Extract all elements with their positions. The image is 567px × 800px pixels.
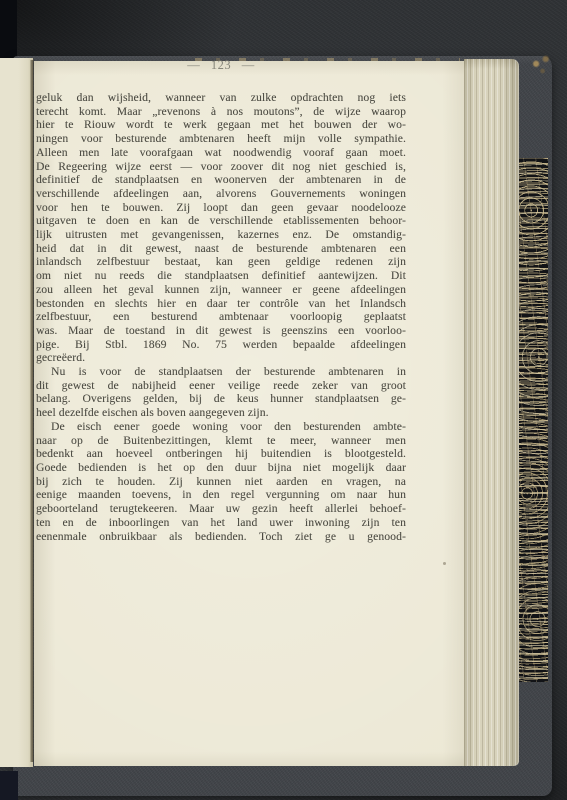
text-line: heel dezelfde eischen als boven aangegev… xyxy=(36,406,406,420)
paragraph: De eisch eener goede woning voor den bes… xyxy=(36,420,406,543)
page-stack-fore-edge xyxy=(464,59,519,766)
text-line: ten en de inboorlingen van het land uwer… xyxy=(36,516,406,530)
text-line: definitief de standplaatsen en woonerven… xyxy=(36,173,406,187)
text-line: inlandsch zelfbestuur bestaat, kan geen … xyxy=(36,255,406,269)
body-text: geluk dan wijsheid, wanneer van zulke op… xyxy=(36,91,406,543)
text-line: gecreëerd. xyxy=(36,351,406,365)
text-line: eenenmale onbruikbaar als bedienden. Toc… xyxy=(36,530,406,544)
text-line: De Regeering wijze eerst — voor zoover d… xyxy=(36,160,406,174)
cover-corner-wear-top xyxy=(527,53,553,77)
text-line: belang. Overigens gelden, bij de keus hu… xyxy=(36,392,406,406)
text-line: was. Maar de toestand in dit gewest is g… xyxy=(36,324,406,338)
text-line: eenige maanden toevens, in den regel ver… xyxy=(36,488,406,502)
paragraph: geluk dan wijsheid, wanneer van zulke op… xyxy=(36,91,406,365)
text-line: heid dat in dit gewest, naast de besture… xyxy=(36,242,406,256)
marbled-cover-edge xyxy=(518,158,548,682)
background-corner-bottomleft xyxy=(0,771,18,800)
text-line: pige. Bij Stbl. 1869 No. 75 werden bepaa… xyxy=(36,338,406,352)
text-line: De eisch eener goede woning voor den bes… xyxy=(36,420,406,434)
text-line: ningen voor besturende ambtenaren heeft … xyxy=(36,132,406,146)
text-line: zou alleen het geval kunnen zijn, wannee… xyxy=(36,283,406,297)
text-line: bij zich te houden. Zij kunnen niet aard… xyxy=(36,475,406,489)
text-line: dit gewest de nabijheid eener veilige re… xyxy=(36,379,406,393)
text-line: om niet nu reeds die standplaatsen defin… xyxy=(36,269,406,283)
text-line: geluk dan wijsheid, wanneer van zulke op… xyxy=(36,91,406,105)
text-line: bedenkt aan hoeveel ontberingen hij buit… xyxy=(36,447,406,461)
paragraph: Nu is voor de standplaatsen der besturen… xyxy=(36,365,406,420)
text-line: voor hen te bouwen. Zij loopt dan geen g… xyxy=(36,201,406,215)
foxing-speck xyxy=(443,562,446,565)
text-line: verschillende afdeelingen aan, alvorens … xyxy=(36,187,406,201)
text-line: lijk uitrusten met gevangenissen, kazern… xyxy=(36,228,406,242)
text-line: Alleen men late voorafgaan wat noodwendi… xyxy=(36,146,406,160)
text-line: Nu is voor de standplaatsen der besturen… xyxy=(36,365,406,379)
text-line: uitgaven te doen en kan de verschillende… xyxy=(36,214,406,228)
book-scan: — 123 — geluk dan wijsheid, wanneer van … xyxy=(0,0,567,800)
text-line: zelfbestuur, een besturend ambtenaar voo… xyxy=(36,310,406,324)
text-line: naar op de Buitenbezittingen, klemt te m… xyxy=(36,434,406,448)
text-line: terecht komt. Maar „revenons à nos mouto… xyxy=(36,105,406,119)
text-line: Goede bedienden is het op den duur bijna… xyxy=(36,461,406,475)
background-shadow-topleft xyxy=(0,0,17,60)
facing-page-sliver xyxy=(0,58,33,767)
text-line: bestonden en slechts hier en daar ter co… xyxy=(36,297,406,311)
text-line: geboorteland terugtekeeren. Maar uw gezi… xyxy=(36,502,406,516)
text-line: hier te Riouw wordt te werk gegaan met h… xyxy=(36,118,406,132)
page-number: — 123 — xyxy=(36,58,406,73)
